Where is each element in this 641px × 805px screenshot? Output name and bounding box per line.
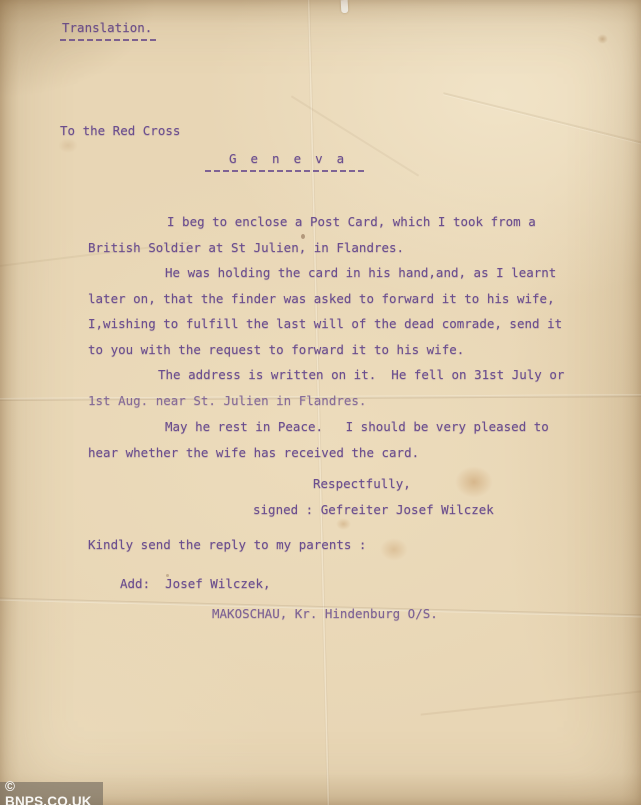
bnps-watermark: © BNPS.CO.UK <box>0 782 103 805</box>
city-line: Geneva <box>229 152 358 166</box>
body-line-10: hear whether the wife has received the c… <box>88 446 419 460</box>
recipient-line: To the Red Cross <box>60 124 180 138</box>
letter-photo: Translation. To the Red Cross Geneva I b… <box>0 0 641 805</box>
city-underline <box>205 170 365 172</box>
body-line-7: The address is written on it. He fell on… <box>158 368 564 382</box>
signature-line: signed : Gefreiter Josef Wilczek <box>253 503 494 517</box>
paper-stain <box>597 34 608 44</box>
body-line-5: I,wishing to fulfill the last will of th… <box>88 317 562 331</box>
address-line-2: MAKOSCHAU, Kr. Hindenburg O/S. <box>212 607 438 621</box>
paper-stain <box>380 538 408 561</box>
body-line-2: British Soldier at St Julien, in Flandre… <box>88 241 404 255</box>
paper-stain <box>336 518 351 530</box>
paper-tear <box>341 0 349 13</box>
translation-heading: Translation. <box>62 21 152 35</box>
body-line-3: He was holding the card in his hand,and,… <box>165 266 556 280</box>
closing-respectfully: Respectfully, <box>313 477 411 491</box>
paper-stain <box>58 138 78 153</box>
translation-underline <box>60 39 157 41</box>
body-line-8: 1st Aug. near St. Julien in Flandres. <box>88 394 366 408</box>
wrinkle-line-1 <box>443 92 641 150</box>
ink-speck <box>301 234 305 239</box>
paper-stain <box>455 466 493 498</box>
body-line-1: I beg to enclose a Post Card, which I to… <box>167 215 536 229</box>
wrinkle-line-4 <box>421 686 641 715</box>
body-line-6: to you with the request to forward it to… <box>88 343 464 357</box>
reply-request-line: Kindly send the reply to my parents : <box>88 538 366 552</box>
body-line-4: later on, that the finder was asked to f… <box>88 292 555 306</box>
address-line-1: Add: Josef Wilczek, <box>120 577 271 591</box>
body-line-9: May he rest in Peace. I should be very p… <box>165 420 549 434</box>
